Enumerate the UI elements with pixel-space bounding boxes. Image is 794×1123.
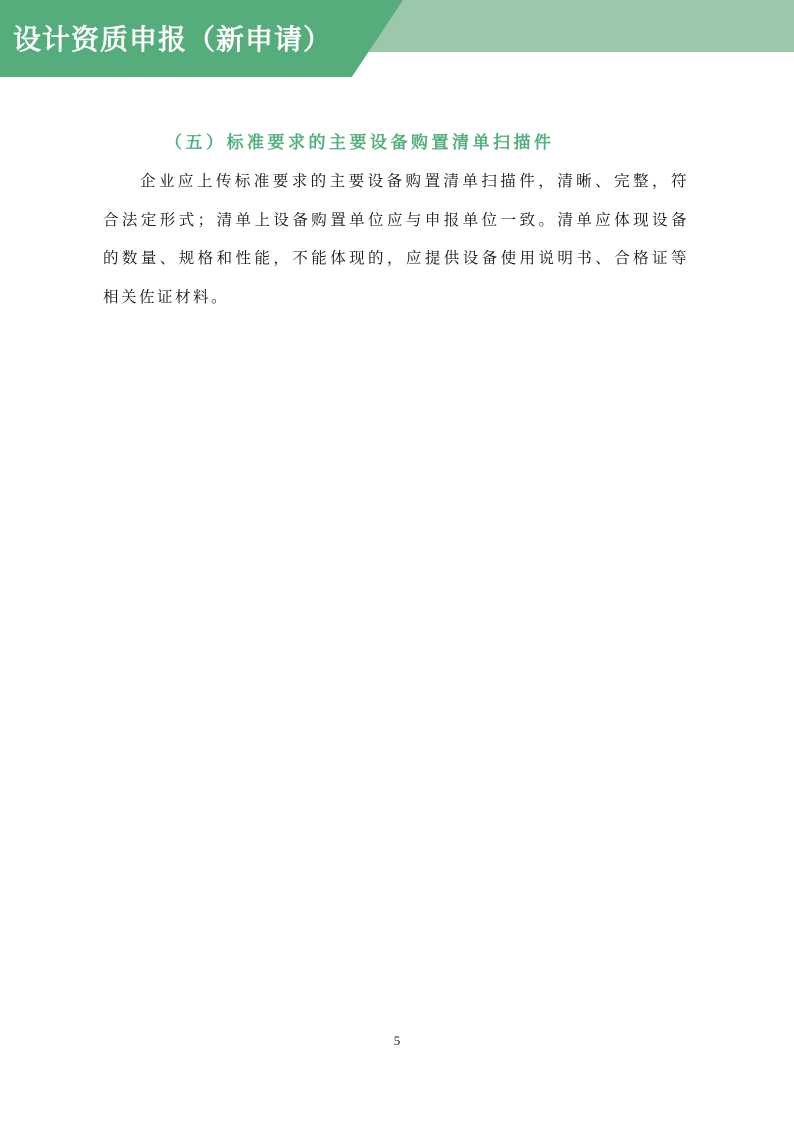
document-title: 设计资质申报（新申请）: [0, 18, 332, 60]
paragraph-line-1: 企业应上传标准要求的主要设备购置清单扫描件，清晰、完整，符: [103, 163, 689, 202]
section-paragraph: 企业应上传标准要求的主要设备购置清单扫描件，清晰、完整，符 合法定形式；清单上设…: [103, 163, 689, 318]
page-number: 5: [0, 1032, 794, 1050]
paragraph-line-3: 的数量、规格和性能，不能体现的，应提供设备使用说明书、合格证等: [103, 240, 689, 279]
header-banner: 设计资质申报（新申请）: [0, 0, 403, 77]
document-page: 设计资质申报（新申请） （五）标准要求的主要设备购置清单扫描件 企业应上传标准要…: [0, 0, 794, 1123]
paragraph-line-4: 相关佐证材料。: [103, 279, 689, 318]
paragraph-line-2: 合法定形式；清单上设备购置单位应与申报单位一致。清单应体现设备: [103, 202, 689, 241]
section-heading: （五）标准要求的主要设备购置清单扫描件: [165, 131, 555, 155]
